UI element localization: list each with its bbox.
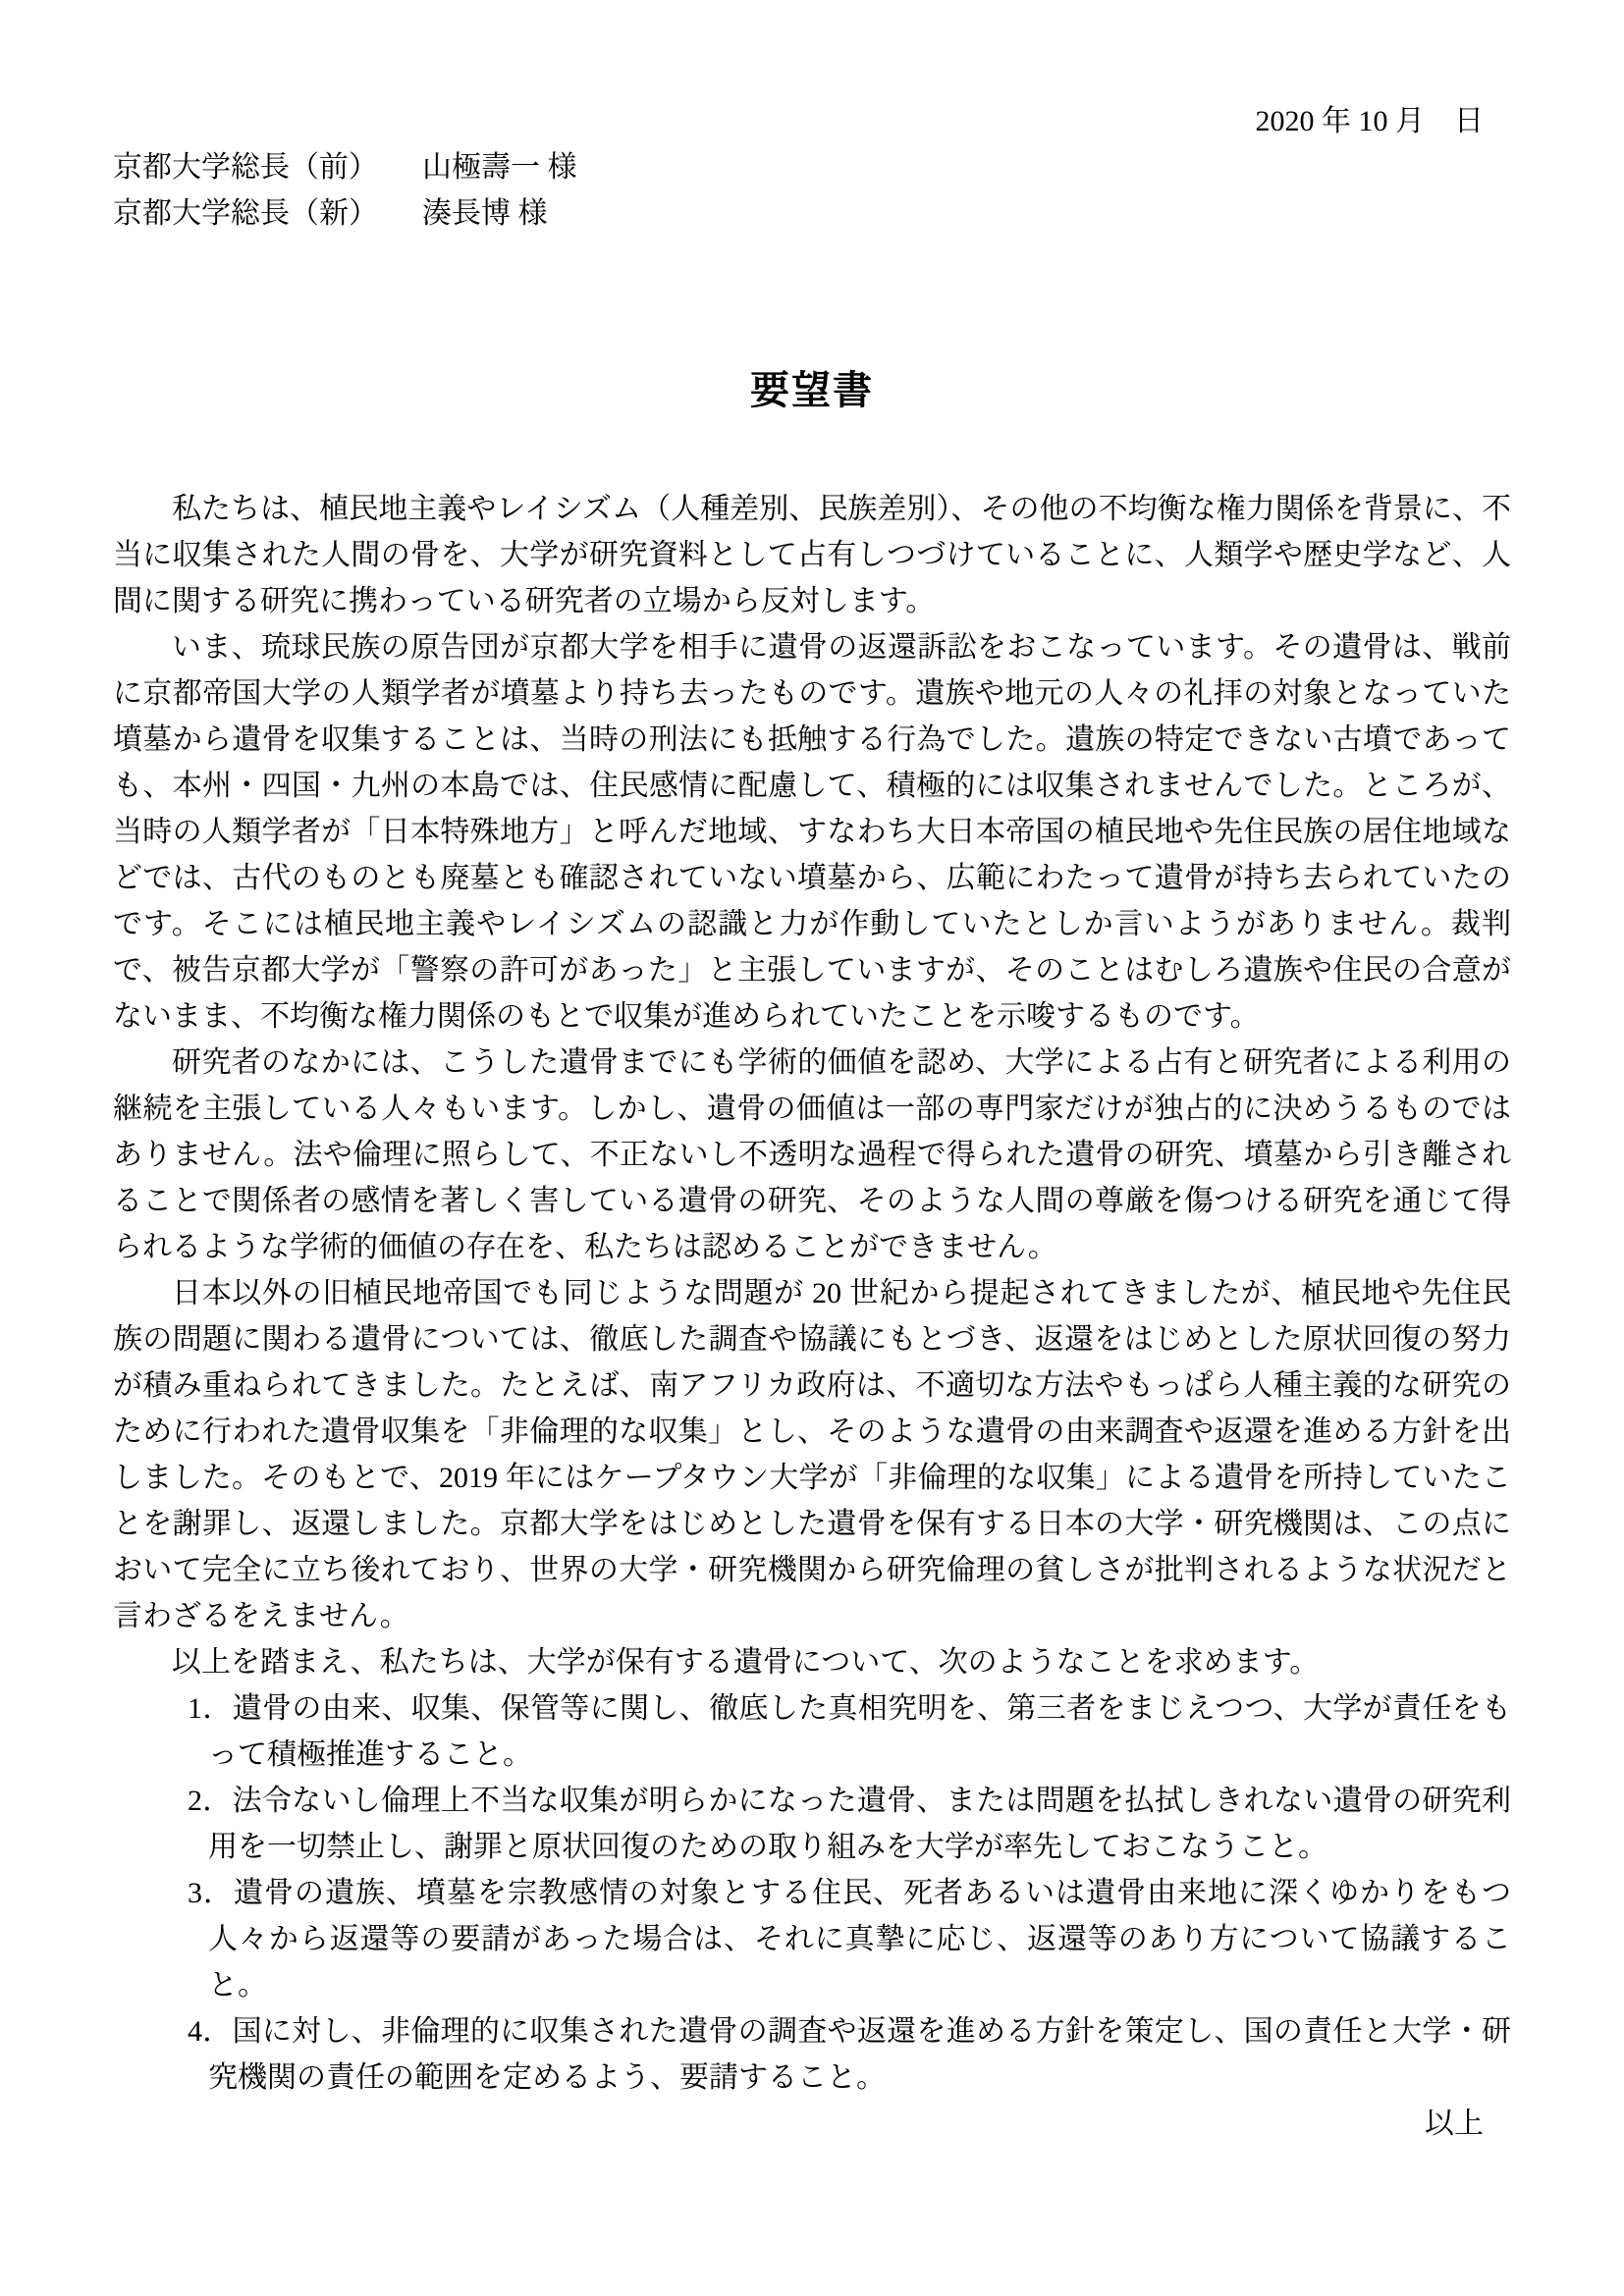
body-paragraph-3: 研究者のなかには、こうした遺骨までにも学術的価値を認め、大学による占有と研究者に… <box>113 1040 1511 1270</box>
request-item-1-text: 遺骨の由来、収集、保管等に関し、徹底した真相究明を、第三者をまじえつつ、大学が責… <box>208 1692 1511 1771</box>
request-item-3: 3．遺骨の遺族、墳墓を宗教感情の対象とする住民、死者あるいは遺骨由来地に深くゆか… <box>113 1870 1511 2008</box>
request-item-2-number: 2． <box>188 1785 233 1817</box>
request-item-3-text: 遺骨の遺族、墳墓を宗教感情の対象とする住民、死者あるいは遺骨由来地に深くゆかりを… <box>208 1877 1511 2002</box>
request-item-2: 2．法令ないし倫理上不当な収集が明らかになった遺骨、または問題を払拭しきれない遺… <box>113 1778 1511 1870</box>
request-item-4: 4．国に対し、非倫理的に収集された遺骨の調査や返還を進める方針を策定し、国の責任… <box>113 2008 1511 2101</box>
document-body: 私たちは、植民地主義やレイシズム（人種差別、民族差別）、その他の不均衡な権力関係… <box>113 486 1511 2147</box>
document-title: 要望書 <box>113 366 1511 415</box>
recipient-block: 京都大学総長（前） 山極壽一 様 京都大学総長（新） 湊長博 様 <box>113 144 1511 237</box>
date-line: 2020 年 10 月 日 <box>113 98 1511 144</box>
body-paragraph-1: 私たちは、植民地主義やレイシズム（人種差別、民族差別）、その他の不均衡な権力関係… <box>113 486 1511 624</box>
request-item-2-text: 法令ないし倫理上不当な収集が明らかになった遺骨、または問題を払拭しきれない遺骨の… <box>208 1785 1511 1863</box>
closing-text: 以上 <box>113 2101 1511 2147</box>
body-paragraph-2: いま、琉球民族の原告団が京都大学を相手に遺骨の返還訴訟をおこなっています。その遺… <box>113 624 1511 1040</box>
request-item-1-number: 1． <box>188 1692 233 1725</box>
request-item-4-text: 国に対し、非倫理的に収集された遺骨の調査や返還を進める方針を策定し、国の責任と大… <box>208 2015 1511 2094</box>
recipient-line-former-president: 京都大学総長（前） 山極壽一 様 <box>113 144 1511 190</box>
request-list: 1．遺骨の由来、収集、保管等に関し、徹底した真相究明を、第三者をまじえつつ、大学… <box>113 1685 1511 2101</box>
request-item-1: 1．遺骨の由来、収集、保管等に関し、徹底した真相究明を、第三者をまじえつつ、大学… <box>113 1685 1511 1778</box>
request-item-3-number: 3． <box>188 1877 234 1909</box>
document-page: 2020 年 10 月 日 京都大学総長（前） 山極壽一 様 京都大学総長（新）… <box>0 0 1624 2296</box>
body-paragraph-4: 日本以外の旧植民地帝国でも同じような問題が 20 世紀から提起されてきましたが、… <box>113 1270 1511 1639</box>
recipient-line-new-president: 京都大学総長（新） 湊長博 様 <box>113 190 1511 237</box>
request-item-4-number: 4． <box>188 2015 233 2048</box>
body-paragraph-intro-requests: 以上を踏まえ、私たちは、大学が保有する遺骨について、次のようなことを求めます。 <box>113 1639 1511 1685</box>
